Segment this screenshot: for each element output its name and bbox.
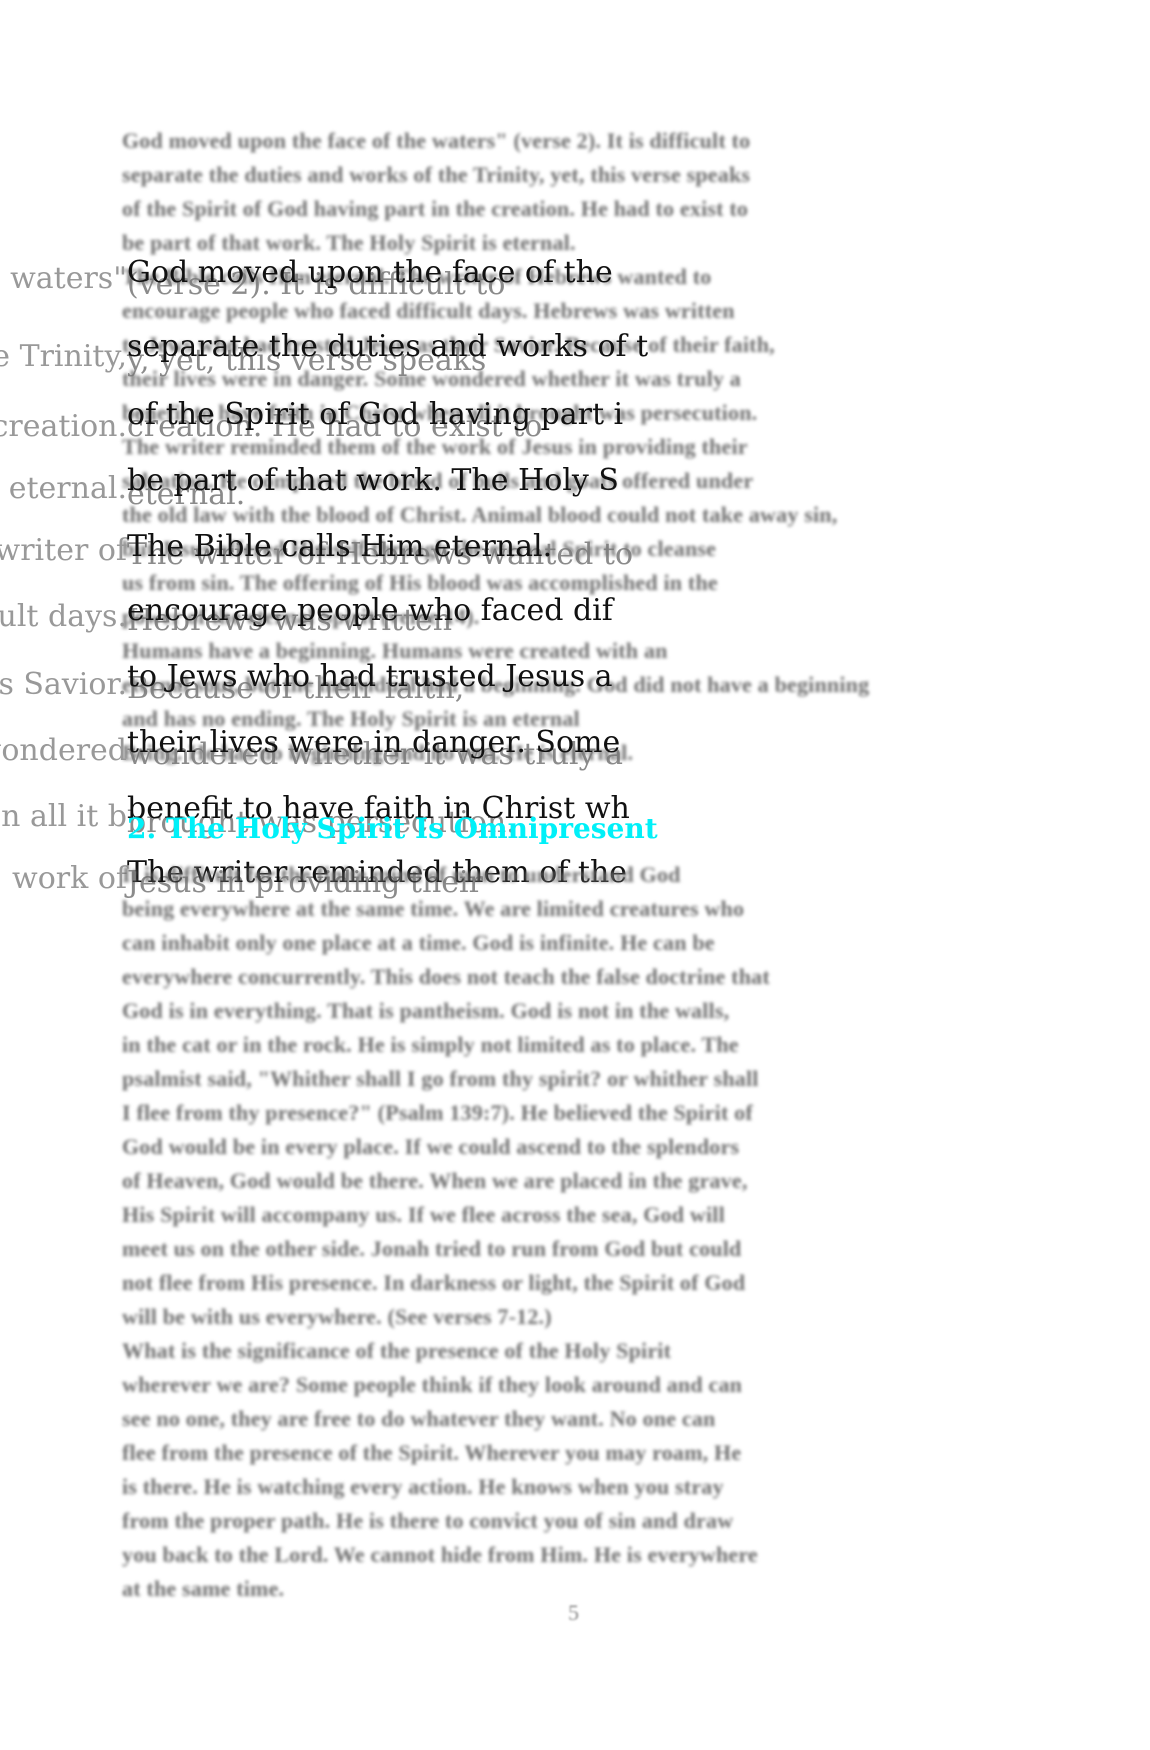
body-text-line: I flee from thy presence?" (Psalm 139:7)… bbox=[122, 1096, 1034, 1130]
body-text-line: What is the significance of the presence… bbox=[122, 1334, 1034, 1368]
overlay-fragment: The Bible calls Him eternal. bbox=[127, 530, 552, 564]
overlay-fragment: encourage people who faced dif bbox=[127, 594, 613, 628]
body-text-line: in the cat or in the rock. He is simply … bbox=[122, 1028, 1034, 1062]
overlay-fragment: the Trinity, bbox=[0, 340, 127, 374]
overlay-fragment: work of bbox=[12, 862, 127, 896]
body-text-line: see no one, they are free to do whatever… bbox=[122, 1402, 1034, 1436]
body-text-line: God would be in every place. If we could… bbox=[122, 1130, 1034, 1164]
overlay-fragment: be part of that work. The Holy S bbox=[127, 464, 619, 498]
overlay-fragment: in the creation. bbox=[0, 410, 127, 444]
body-text-line: from the proper path. He is there to con… bbox=[122, 1504, 1034, 1538]
body-text-line: you back to the Lord. We cannot hide fro… bbox=[122, 1538, 1034, 1572]
body-text-line: His Spirit will accompany us. If we flee… bbox=[122, 1198, 1034, 1232]
body-text-line: can inhabit only one place at a time. Go… bbox=[122, 926, 1034, 960]
body-text-line: flee from the presence of the Spirit. Wh… bbox=[122, 1436, 1034, 1470]
overlay-fragment: waters" bbox=[10, 262, 127, 296]
body-text-line: God moved upon the face of the waters" (… bbox=[122, 124, 1034, 158]
overlay-fragment: their lives were in danger. Some bbox=[127, 726, 620, 760]
document-page: God moved upon the face of the waters" (… bbox=[0, 0, 1150, 1750]
overlay-fragment: The writer of bbox=[0, 534, 127, 568]
body-text-line: is there. He is watching every action. H… bbox=[122, 1470, 1034, 1504]
overlay-fragment: en all it b bbox=[0, 800, 127, 834]
body-text-line: wherever we are? Some people think if th… bbox=[122, 1368, 1034, 1402]
overlay-fragment: separate the duties and works of t bbox=[127, 330, 648, 364]
overlay-fragment: Spirit is eternal. bbox=[0, 472, 127, 506]
overlay-fragment: God moved upon the face of the bbox=[127, 256, 613, 290]
body-text-line: being everywhere at the same time. We ar… bbox=[122, 892, 1034, 926]
body-text-line: meet us on the other side. Jonah tried t… bbox=[122, 1232, 1034, 1266]
page-number: 5 bbox=[568, 1600, 579, 1626]
body-text-line: separate the duties and works of the Tri… bbox=[122, 158, 1034, 192]
body-text-line: God is in everything. That is pantheism.… bbox=[122, 994, 1034, 1028]
body-text-line: will be with us everywhere. (See verses … bbox=[122, 1300, 1034, 1334]
overlay-fragment: wondered bbox=[0, 734, 127, 768]
body-text-line: not flee from His presence. In darkness … bbox=[122, 1266, 1034, 1300]
overlay-fragment: s Savior. bbox=[0, 668, 127, 702]
overlay-fragment: ficult days. bbox=[0, 600, 127, 634]
overlay-fragment: to Jews who had trusted Jesus a bbox=[127, 660, 613, 694]
body-text-line: psalmist said, "Whither shall I go from … bbox=[122, 1062, 1034, 1096]
overlay-fragment: of the Spirit of God having part i bbox=[127, 398, 623, 432]
body-text-line: of Heaven, God would be there. When we a… bbox=[122, 1164, 1034, 1198]
body-text-line: It is difficult for the finite mind of m… bbox=[122, 858, 1034, 892]
body-text-line: everywhere concurrently. This does not t… bbox=[122, 960, 1034, 994]
body-text-line: of the Spirit of God having part in the … bbox=[122, 192, 1034, 226]
body-text-line: the old law with the blood of Christ. An… bbox=[122, 498, 1034, 532]
section-heading: 2. The Holy Spirit Is Omnipresent bbox=[127, 812, 658, 845]
